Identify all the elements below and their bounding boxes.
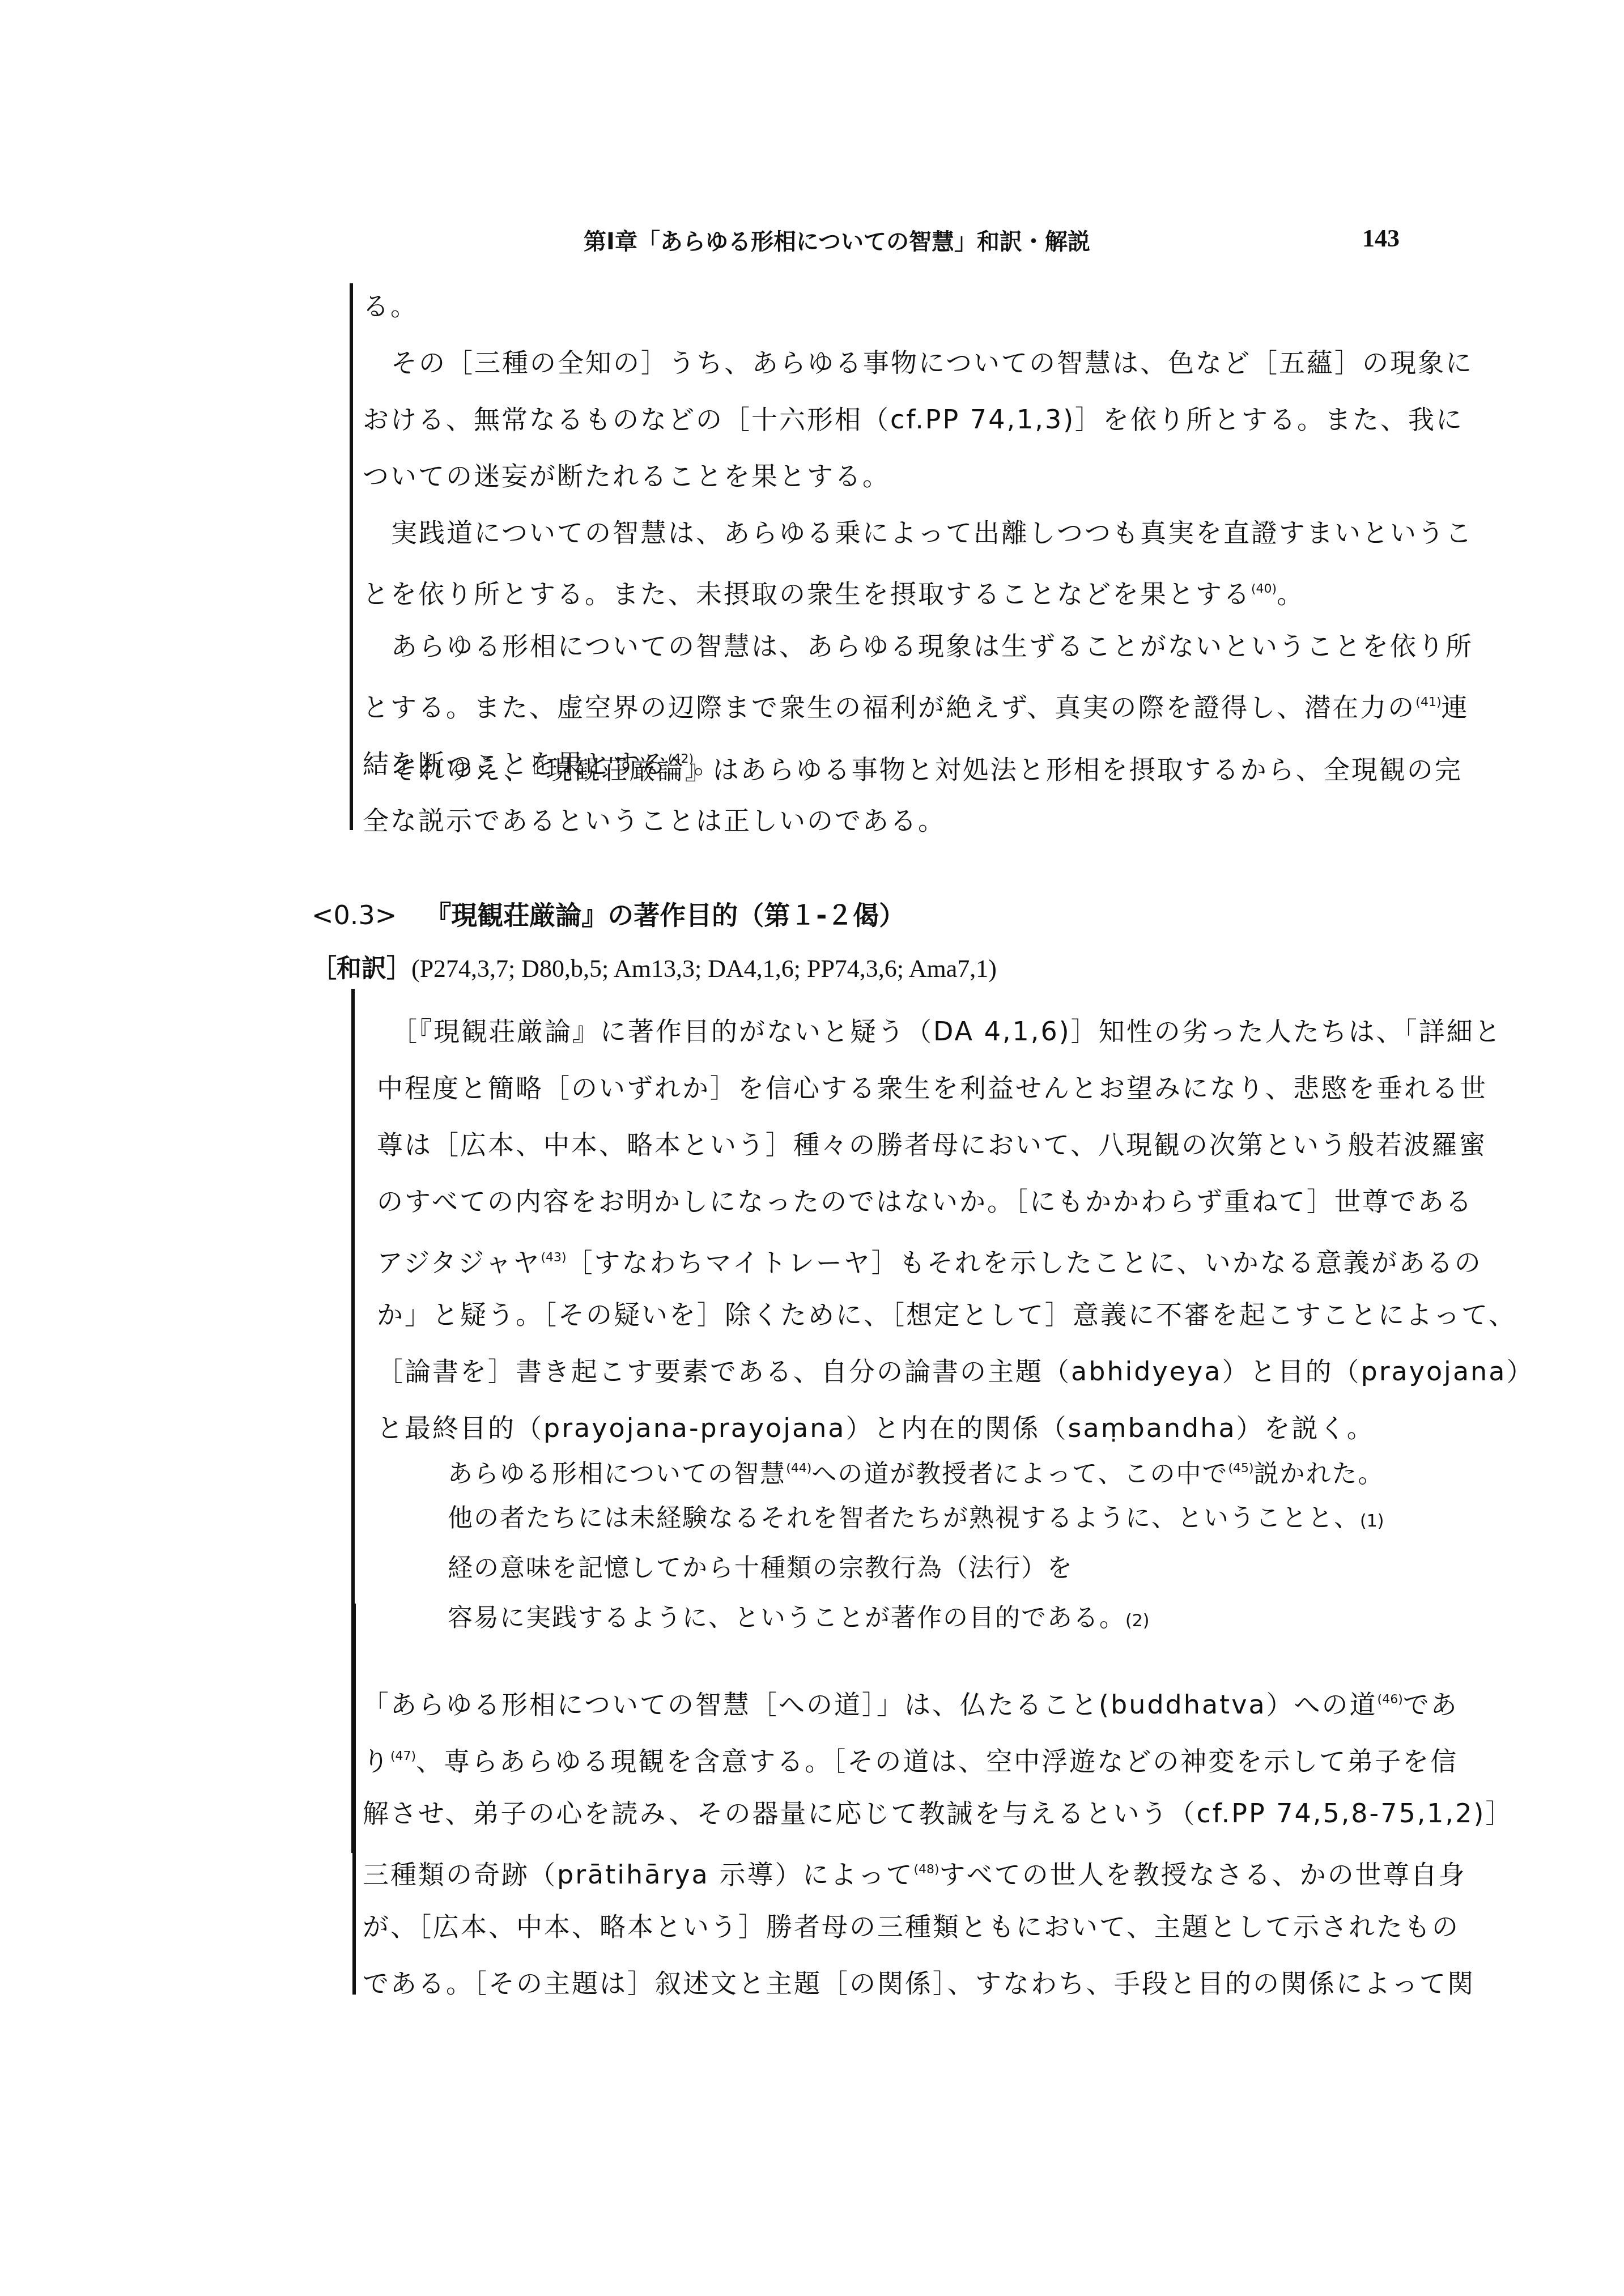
paragraph-line: ［『現観荘厳論』に著作目的がないと疑う（DA 4,1,6)］知性の劣った人たちは… xyxy=(391,1014,1502,1048)
paragraph-line: が、［広本、中本、略本という］勝者母の三種類ともにおいて、主題として示されたもの xyxy=(363,1910,1460,1944)
footnote-ref-41[interactable]: (41) xyxy=(1415,695,1441,709)
paragraph-line: 三種類の奇跡（prātihārya 示導）によって(48)すべての世人を教授なさ… xyxy=(363,1853,1466,1887)
text: とする。また、虚空界の辺際まで衆生の福利が絶えず、真実の際を證得し、潜在力の xyxy=(363,692,1415,722)
paragraph-line: 中程度と簡略［のいずれか］を信心する衆生を利益せんとお望みになり、悲愍を垂れる世 xyxy=(377,1071,1487,1105)
text: アジタジャヤ xyxy=(377,1247,541,1278)
text: り xyxy=(363,1746,390,1776)
paragraph-line: り(47)、専らあらゆる現観を含意する。［その道は、空中浮遊などの神変を示して弟… xyxy=(363,1740,1458,1774)
chapter-title: 第Ⅰ章「あらゆる形相についての智慧」和訳・解説 xyxy=(584,224,1090,256)
footnote-ref-45[interactable]: (45) xyxy=(1228,1461,1253,1476)
paragraph-line: か」と疑う。［その疑いを］除くために、［想定として］意義に不審を起こすことによっ… xyxy=(377,1298,1516,1332)
paragraph-line: あらゆる形相についての智慧は、あらゆる現象は生ずることがないということを依り所 xyxy=(391,629,1473,663)
text: ［すなわちマイトレーヤ］もそれを示したことに、いかなる意義があるの xyxy=(567,1247,1482,1278)
text: 三種類の奇跡（prātihārya 示導）によって xyxy=(363,1859,913,1890)
verse-line: 他の者たちには未経験なるそれを智者たちが熟視するように、ということと、(1) xyxy=(448,1502,1384,1536)
paragraph-line: 実践道についての智慧は、あらゆる乗によって出離しつつも真実を直證すまいというこ xyxy=(391,516,1473,550)
paragraph-line: のすべての内容をお明かしになったのではないか。［にもかかわらず重ねて］世尊である xyxy=(377,1184,1473,1218)
paragraph-line: とする。また、虚空界の辺際まで衆生の福利が絶えず、真実の際を證得し、潜在力の(4… xyxy=(363,686,1469,720)
footnote-ref-43[interactable]: (43) xyxy=(541,1251,566,1265)
paragraph-line: る。 xyxy=(363,289,418,323)
reference-list: (P274,3,7; D80,b,5; Am13,3; DA4,1,6; PP7… xyxy=(411,955,997,983)
paragraph-line: ［論書を］書き起こす要素である、自分の論書の主題（abhidyeya）と目的（p… xyxy=(377,1354,1534,1388)
footnote-ref-47[interactable]: (47) xyxy=(390,1749,416,1763)
text: とを依り所とする。また、未摂取の衆生を摂取することなどを果とする xyxy=(363,579,1251,609)
paragraph-line: その［三種の全知の］うち、あらゆる事物についての智慧は、色など［五蘊］の現象に xyxy=(391,346,1473,380)
paragraph-line: ついての迷妄が断たれることを果とする。 xyxy=(363,459,890,493)
text: 他の者たちには未経験なるそれを智者たちが熟視するように、ということと、 xyxy=(448,1504,1360,1533)
verse-line: あらゆる形相についての智慧(44)への道が教授者によって、この中で(45)説かれ… xyxy=(448,1452,1384,1486)
margin-bar-top xyxy=(350,283,353,830)
verse-line: 容易に実践するように、ということが著作の目的である。(2) xyxy=(448,1601,1150,1635)
page-number: 143 xyxy=(1362,224,1400,253)
paragraph-line: 尊は［広本、中本、略本という］種々の勝者母において、八現観の次第という般若波羅蜜 xyxy=(377,1128,1487,1162)
section-heading: <0.3>『現観荘厳論』の著作目的（第１‐２偈） xyxy=(312,898,905,932)
text: 「あらゆる形相についての智慧［への道］」は、仏たること(buddhatva）への… xyxy=(363,1689,1378,1720)
margin-bar-commentary xyxy=(352,1604,356,1995)
running-header: 第Ⅰ章「あらゆる形相についての智慧」和訳・解説 143 xyxy=(584,224,1400,258)
section-title: 『現観荘厳論』の著作目的（第１‐２偈） xyxy=(425,900,905,930)
text: であ xyxy=(1403,1689,1459,1720)
paragraph-line: と最終目的（prayojana-prayojana）と内在的関係（saṃband… xyxy=(377,1411,1375,1445)
paragraph-line: おける、無常なるものなどの［十六形相（cf.PP 74,1,3)］を依り所とする… xyxy=(363,402,1464,436)
paragraph-line: とを依り所とする。また、未摂取の衆生を摂取することなどを果とする(40)。 xyxy=(363,572,1304,606)
text: 連 xyxy=(1442,692,1469,722)
paragraph-line: 全な説示であるということは正しいのである。 xyxy=(363,803,946,837)
translation-references: ［和訳］(P274,3,7; D80,b,5; Am13,3; DA4,1,6;… xyxy=(312,952,997,986)
paragraph-line: それゆえ、『現観荘厳論』はあらゆる事物と対処法と形相を摂取するから、全現観の完 xyxy=(391,752,1463,786)
footnote-ref-40[interactable]: (40) xyxy=(1251,582,1277,596)
text: 説かれた。 xyxy=(1254,1460,1384,1489)
text: あらゆる形相についての智慧 xyxy=(448,1460,786,1489)
translation-label: ［和訳］ xyxy=(312,954,411,983)
paragraph-line: アジタジャヤ(43)［すなわちマイトレーヤ］もそれを示したことに、いかなる意義が… xyxy=(377,1241,1482,1275)
text: への道が教授者によって、この中で xyxy=(811,1460,1228,1489)
footnote-ref-46[interactable]: (46) xyxy=(1378,1693,1403,1707)
paragraph-line: である。［その主題は］叙述文と主題［の関係］、すなわち、手段と目的の関係によって… xyxy=(363,1966,1475,2000)
text: 、専らあらゆる現観を含意する。［その道は、空中浮遊などの神変を示して弟子を信 xyxy=(416,1746,1458,1776)
section-number: <0.3> xyxy=(312,900,397,930)
text: 。 xyxy=(1277,579,1304,609)
verse-number: (2) xyxy=(1125,1611,1150,1631)
footnote-ref-48[interactable]: (48) xyxy=(913,1863,939,1877)
verse-number: (1) xyxy=(1360,1511,1384,1531)
paragraph-line: 「あらゆる形相についての智慧［への道］」は、仏たること(buddhatva）への… xyxy=(363,1683,1459,1717)
text: すべての世人を教授なさる、かの世尊自身 xyxy=(939,1859,1466,1890)
text: 容易に実践するように、ということが著作の目的である。 xyxy=(448,1604,1125,1632)
footnote-ref-44[interactable]: (44) xyxy=(786,1461,811,1476)
verse-line: 経の意味を記憶してから十種類の宗教行為（法行）を xyxy=(448,1551,1073,1585)
paragraph-line: 解させ、弟子の心を読み、その器量に応じて教誡を与えるという（cf.PP 74,5… xyxy=(363,1796,1513,1830)
